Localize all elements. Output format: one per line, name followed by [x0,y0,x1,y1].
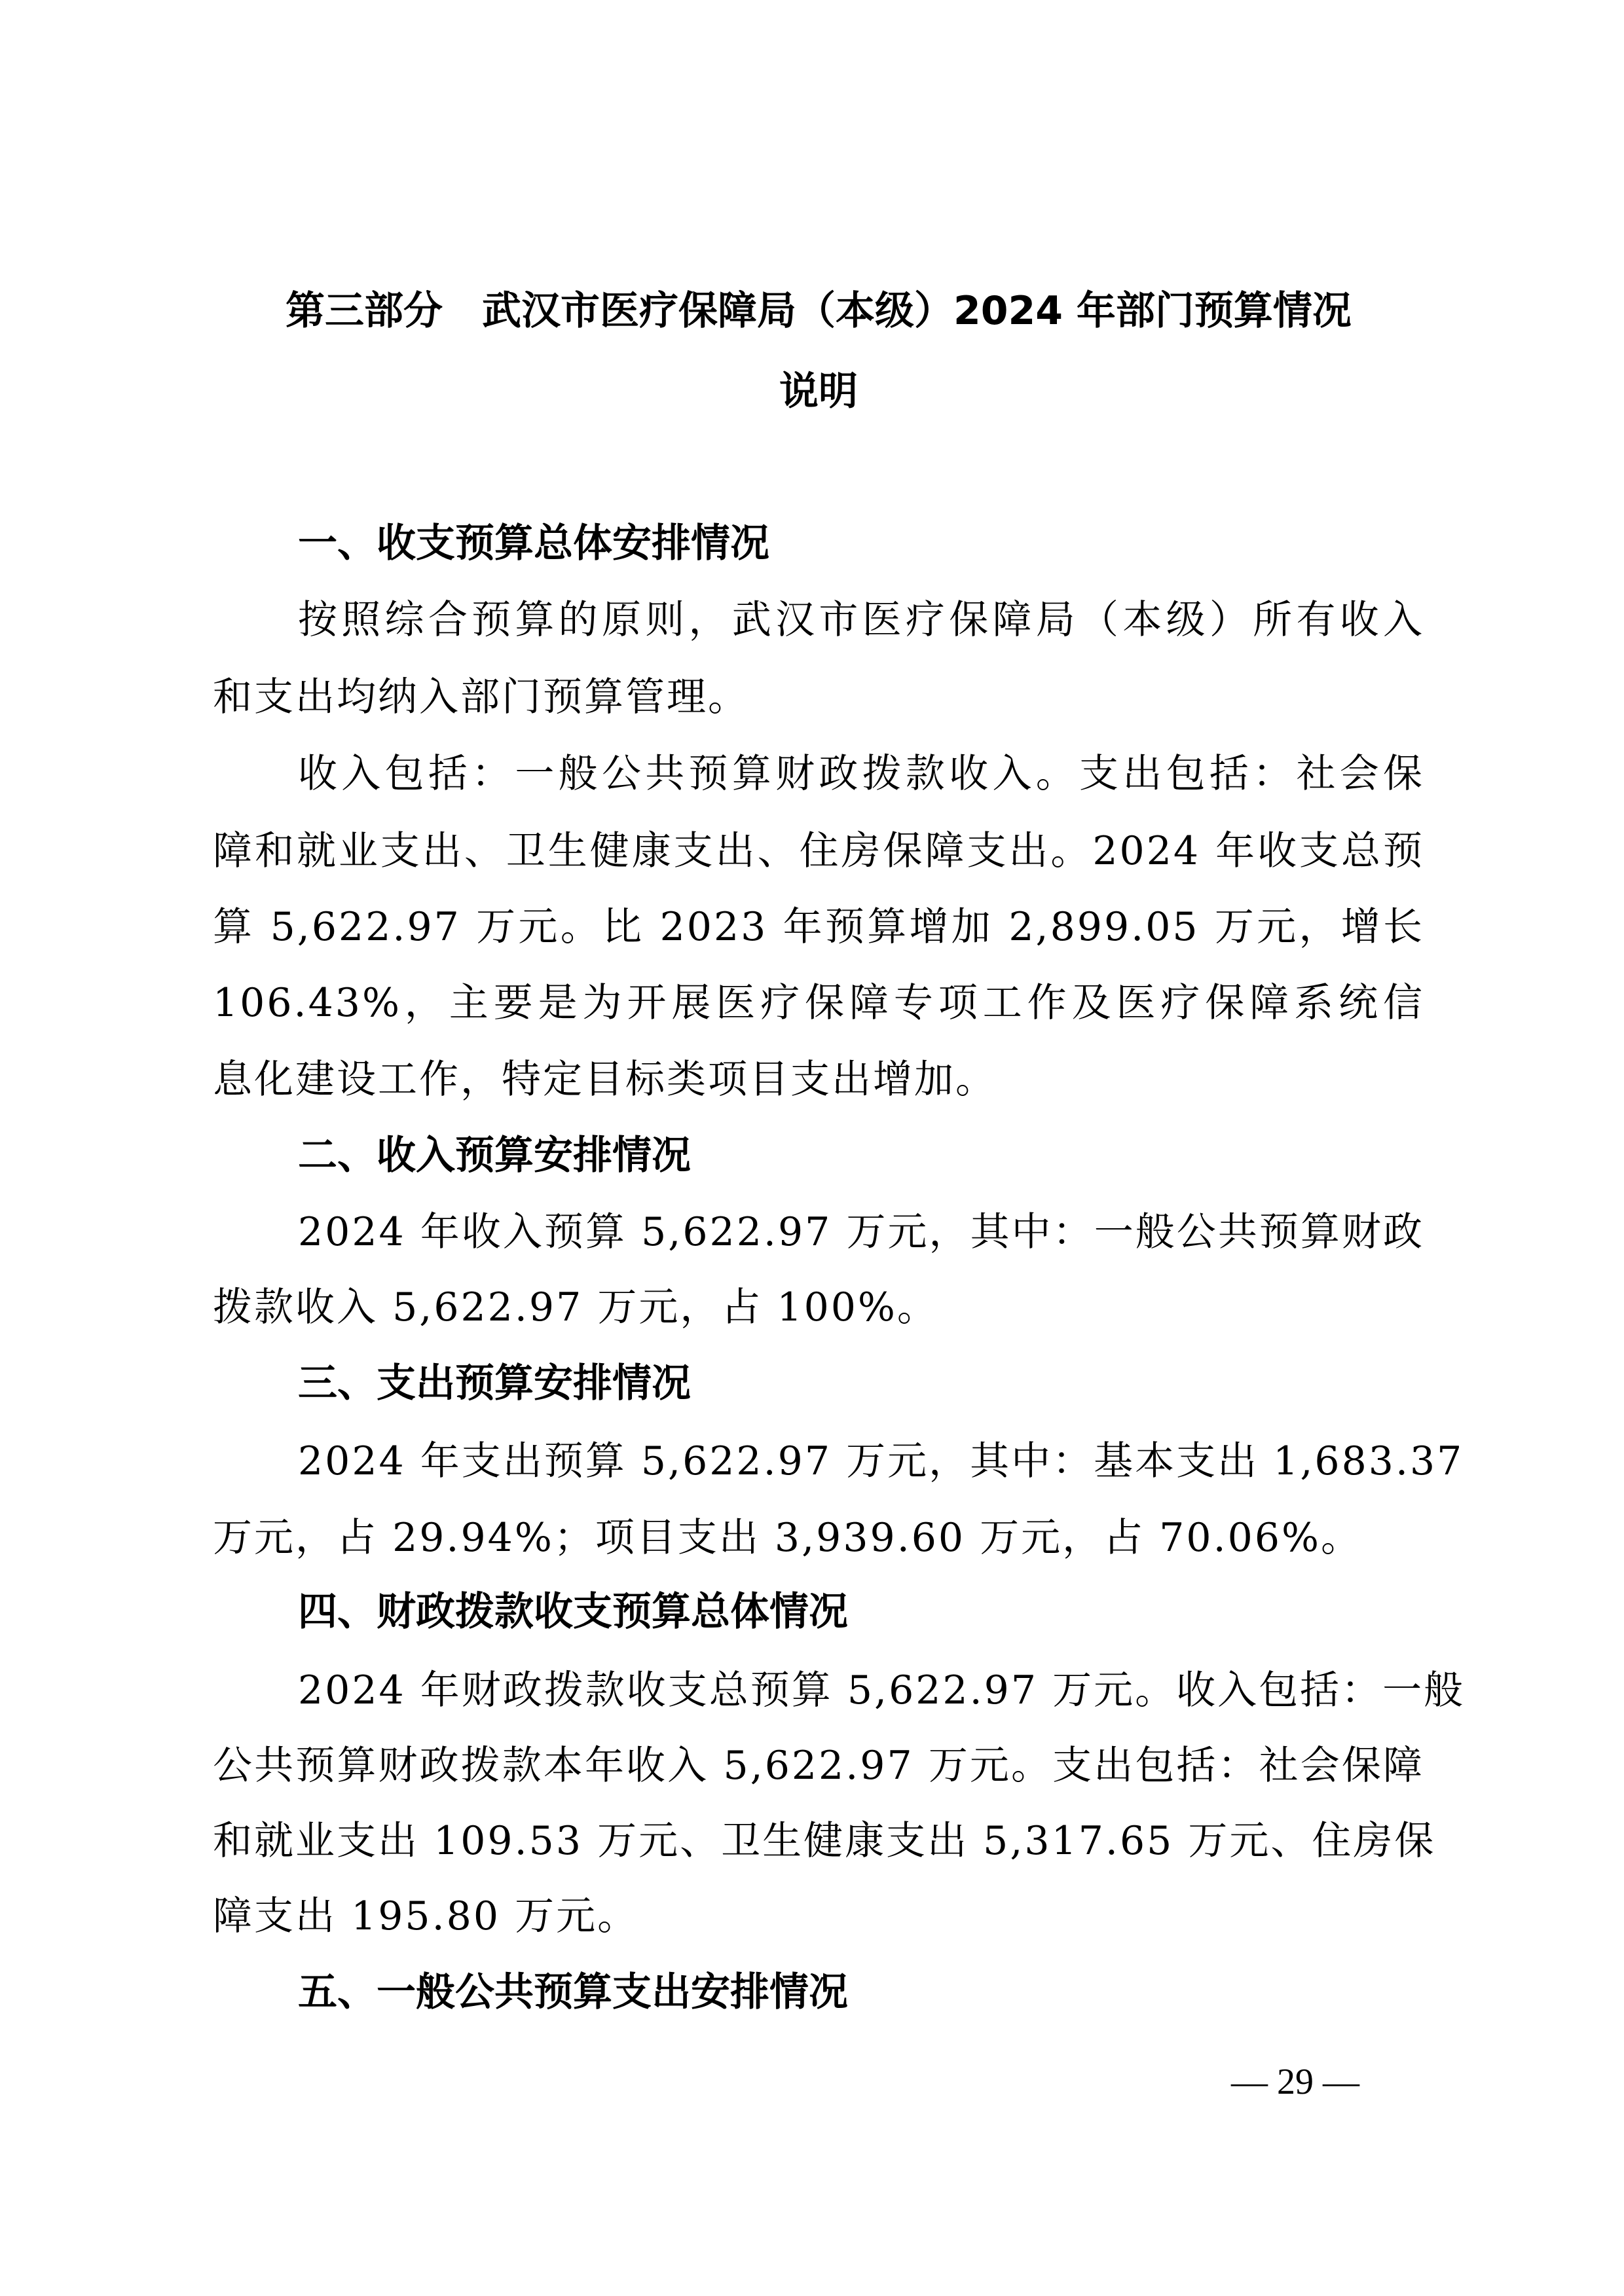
paragraph-line: 算 5,622.97 万元。比 2023 年预算增加 2,899.05 万元，增… [213,906,1424,948]
paragraph-line: 和就业支出 109.53 万元、卫生健康支出 5,317.65 万元、住房保 [213,1820,1424,1862]
section-heading-3: 三、支出预算安排情况 [298,1364,691,1403]
document-title: 第三部分 武汉市医疗保障局（本级）2024 年部门预算情况 [213,291,1424,331]
paragraph-line: 拨款收入 5,622.97 万元，占 100%。 [213,1286,1424,1328]
paragraph-line: 障和就业支出、卫生健康支出、住房保障支出。2024 年收支总预 [213,830,1424,872]
paragraph-line: 2024 年财政拨款收支总预算 5,622.97 万元。收入包括：一般 [298,1669,1424,1711]
document-title-continued: 说明 [213,372,1424,411]
paragraph-line: 和支出均纳入部门预算管理。 [213,676,1424,718]
section-heading-1: 一、收支预算总体安排情况 [298,524,769,563]
paragraph-line: 公共预算财政拨款本年收入 5,622.97 万元。支出包括：社会保障 [213,1745,1424,1787]
section-heading-5: 五、一般公共预算支出安排情况 [298,1973,848,2012]
section-heading-2: 二、收入预算安排情况 [298,1136,691,1175]
page-number: — 29 — [1231,2062,1359,2102]
paragraph-line: 2024 年收入预算 5,622.97 万元，其中：一般公共预算财政 [298,1211,1424,1253]
paragraph-line: 2024 年支出预算 5,622.97 万元，其中：基本支出 1,683.37 [298,1440,1424,1482]
section-heading-4: 四、财政拨款收支预算总体情况 [298,1592,848,1631]
paragraph-line: 障支出 195.80 万元。 [213,1895,1424,1937]
paragraph-line: 按照综合预算的原则，武汉市医疗保障局（本级）所有收入 [298,599,1424,641]
paragraph-line: 息化建设工作，特定目标类项目支出增加。 [213,1059,1424,1101]
paragraph-line: 万元，占 29.94%；项目支出 3,939.60 万元，占 70.06%。 [213,1517,1424,1559]
paragraph-line: 收入包括：一般公共预算财政拨款收入。支出包括：社会保 [298,753,1424,795]
paragraph-line: 106.43%，主要是为开展医疗保障专项工作及医疗保障系统信 [213,982,1424,1024]
